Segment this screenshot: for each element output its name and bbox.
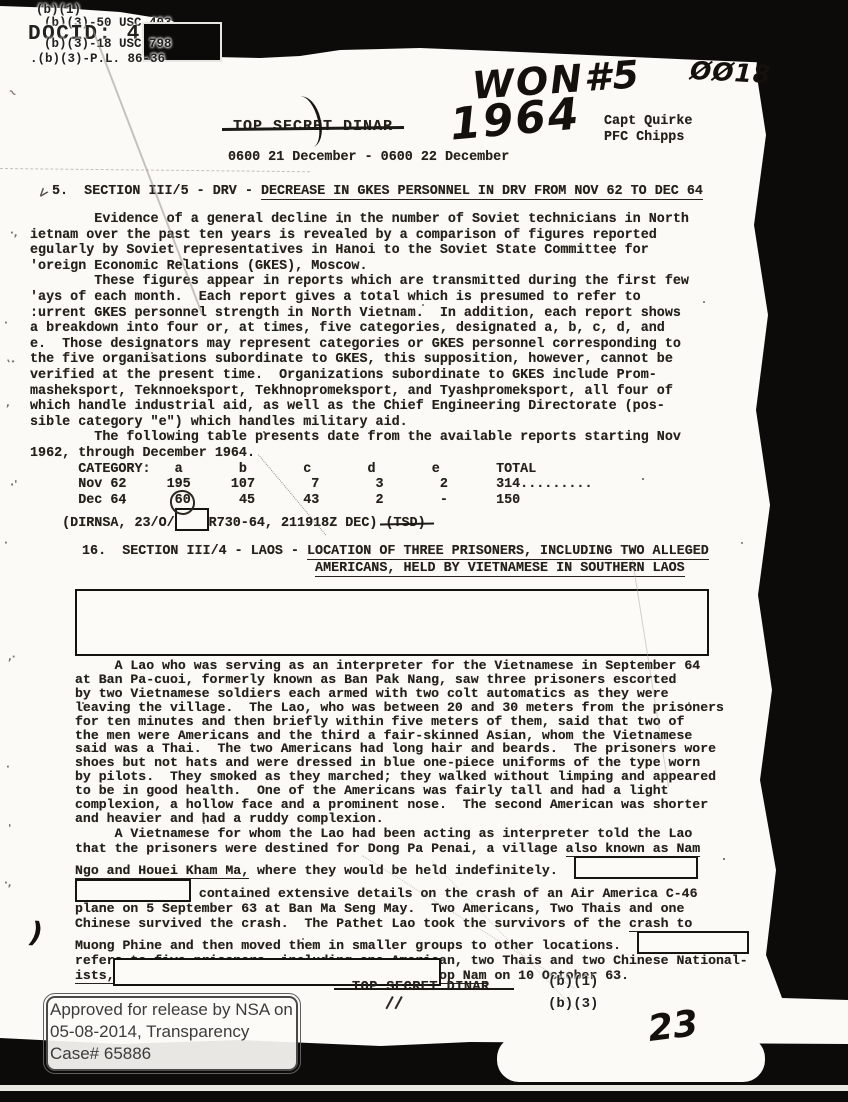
foia-exemption-1: (b)(1) xyxy=(36,3,81,17)
section16-paragraph-1: A Lao who was serving as an interpreter … xyxy=(75,659,724,826)
pen-tick-1 xyxy=(385,996,393,1009)
margin-mark: ~ xyxy=(5,85,20,101)
text-line: e. Those designators may represent categ… xyxy=(30,337,689,353)
text-line: 'ays of each month. Each report gives a … xyxy=(30,290,689,306)
handwritten-year: 1964 xyxy=(448,88,582,150)
text-line: 5. SECTION III/5 - DRV - DECREASE IN GKE… xyxy=(52,184,703,200)
redaction-box-inline xyxy=(637,931,749,954)
nsa-release-stamp: Approved for release by NSA on 05-08-201… xyxy=(46,996,298,1071)
handwritten-page-number: 23 xyxy=(646,1003,701,1050)
pen-tick-2 xyxy=(394,996,402,1009)
text-line: masheksport, Teknnoeksport, Tekhnopromek… xyxy=(30,384,689,400)
text-line: by two Vietnamese soldiers each armed wi… xyxy=(75,687,724,701)
section5-body: Evidence of a general decline in the num… xyxy=(30,212,689,532)
text-line: to be in good health. One of the America… xyxy=(75,784,724,798)
redaction-box-inline xyxy=(75,879,191,902)
text-line: Evidence of a general decline in the num… xyxy=(30,212,689,228)
text-line: that the prisoners were destined for Don… xyxy=(75,842,749,857)
foia-exemption-3: (b)(3)-18 USC 798 xyxy=(44,37,172,51)
text-line: the men were Americans and the third a f… xyxy=(75,729,724,743)
scan-border-bottom-strip xyxy=(0,1085,848,1091)
text-line: sible category "e") which handles milita… xyxy=(30,415,689,431)
margin-mark: · xyxy=(6,762,10,773)
report-period: 0600 21 December - 0600 22 December xyxy=(228,150,509,165)
text-line: and heavier and had a ruddy complexion. xyxy=(75,812,724,826)
handwritten-serial-number: ØØ18 xyxy=(689,56,772,89)
text-line: Muong Phine and then moved them in small… xyxy=(75,931,749,954)
text-line: the five organisations subordinate to GK… xyxy=(30,352,689,368)
text-line: Chinese survived the crash. The Pathet L… xyxy=(75,917,749,932)
stamp-line-1: Approved for release by NSA on xyxy=(50,999,296,1021)
text-line: Ngo and Houei Kham Ma, where they would … xyxy=(75,856,749,879)
text-line: ietnam over the past ten years is reveal… xyxy=(30,228,689,244)
text-line: Dec 64 60 45 43 2 - 150 xyxy=(30,493,689,509)
text-line: 'oreign Economic Relations (GKES), Mosco… xyxy=(30,259,689,275)
margin-mark: · xyxy=(4,538,8,549)
scan-border-right xyxy=(752,0,848,1000)
check-mark-section5: < xyxy=(34,185,53,203)
section16-heading: 16. SECTION III/4 - LAOS - LOCATION OF T… xyxy=(82,544,709,577)
section5-heading: 5. SECTION III/5 - DRV - DECREASE IN GKE… xyxy=(52,184,703,200)
redaction-box-inline xyxy=(574,856,698,879)
margin-mark: ·, xyxy=(4,878,12,889)
text-line: CATEGORY: a b c d e TOTAL xyxy=(30,462,689,478)
text-line: egularly by Soviet representatives in Ha… xyxy=(30,243,689,259)
margin-mark: ·' xyxy=(10,478,18,491)
text-line: AMERICANS, HELD BY VIETNAMESE IN SOUTHER… xyxy=(82,561,709,578)
text-line: The following table presents date from t… xyxy=(30,430,689,446)
scan-border-bottom-notch xyxy=(497,1036,765,1082)
text-line: 1962, through December 1964. xyxy=(30,446,689,462)
text-line: plane on 5 September 63 at Ban Ma Seng M… xyxy=(75,902,749,917)
officer-name-2: PFC Chipps xyxy=(604,130,684,145)
margin-paren-mark: ) xyxy=(29,916,44,950)
text-line: at Ban Pa-cuoi, formerly known as Ban Pa… xyxy=(75,673,724,687)
text-line: Nov 62 195 107 7 3 2 314......... xyxy=(30,477,689,493)
text-line: complexion, a hollow face and a prominen… xyxy=(75,798,724,812)
scanned-document-page: (b)(1) (b)(3)-50 USC 403 DOCID: 4134 (b)… xyxy=(0,0,848,1102)
text-line: contained extensive details on the crash… xyxy=(75,879,749,902)
text-line: :urrent GKES personnel strength in North… xyxy=(30,306,689,322)
text-line: a breakdown into four or, at times, five… xyxy=(30,321,689,337)
text-line: These figures appear in reports which ar… xyxy=(30,274,689,290)
redaction-box-large xyxy=(75,589,709,656)
foia-exemption-4: .(b)(3)-P.L. 86-36 xyxy=(30,52,165,66)
stamp-line-3: Case# 65886 xyxy=(50,1043,296,1065)
text-line: by pilots. They smoked as they marched; … xyxy=(75,770,724,784)
text-line: shoes but not hats and were dressed in b… xyxy=(75,756,724,770)
margin-mark: '· xyxy=(5,355,18,370)
classification-strike-bottom xyxy=(334,988,514,990)
text-line: 16. SECTION III/4 - LAOS - LOCATION OF T… xyxy=(82,544,709,561)
text-line: said was a Thai. The two Americans had l… xyxy=(75,742,724,756)
footer-b3-mark: (b)(3) xyxy=(548,996,598,1012)
margin-mark: ' xyxy=(8,822,11,835)
margin-mark: , xyxy=(6,398,10,409)
text-line: which handle industrial aid, as well as … xyxy=(30,399,689,415)
margin-mark: · xyxy=(4,318,8,329)
text-line: leaving the village. The Lao, who was be… xyxy=(75,701,724,715)
text-line: for ten minutes and then briefly within … xyxy=(75,715,724,729)
text-line: A Vietnamese for whom the Lao had been a… xyxy=(75,827,749,842)
margin-mark: ·, xyxy=(10,228,18,239)
pen-slash-mark xyxy=(286,93,327,150)
officer-name-1: Capt Quirke xyxy=(604,114,692,129)
text-line: A Lao who was serving as an interpreter … xyxy=(75,659,724,673)
margin-mark: ,· xyxy=(8,652,16,663)
text-line: verified at the present time. Organizati… xyxy=(30,368,689,384)
pen-scratch-header xyxy=(0,168,310,172)
text-line: (DIRNSA, 23/O/R730-64, 211918Z DEC) (TSD… xyxy=(30,508,689,532)
stamp-line-2: 05-08-2014, Transparency xyxy=(50,1021,296,1043)
